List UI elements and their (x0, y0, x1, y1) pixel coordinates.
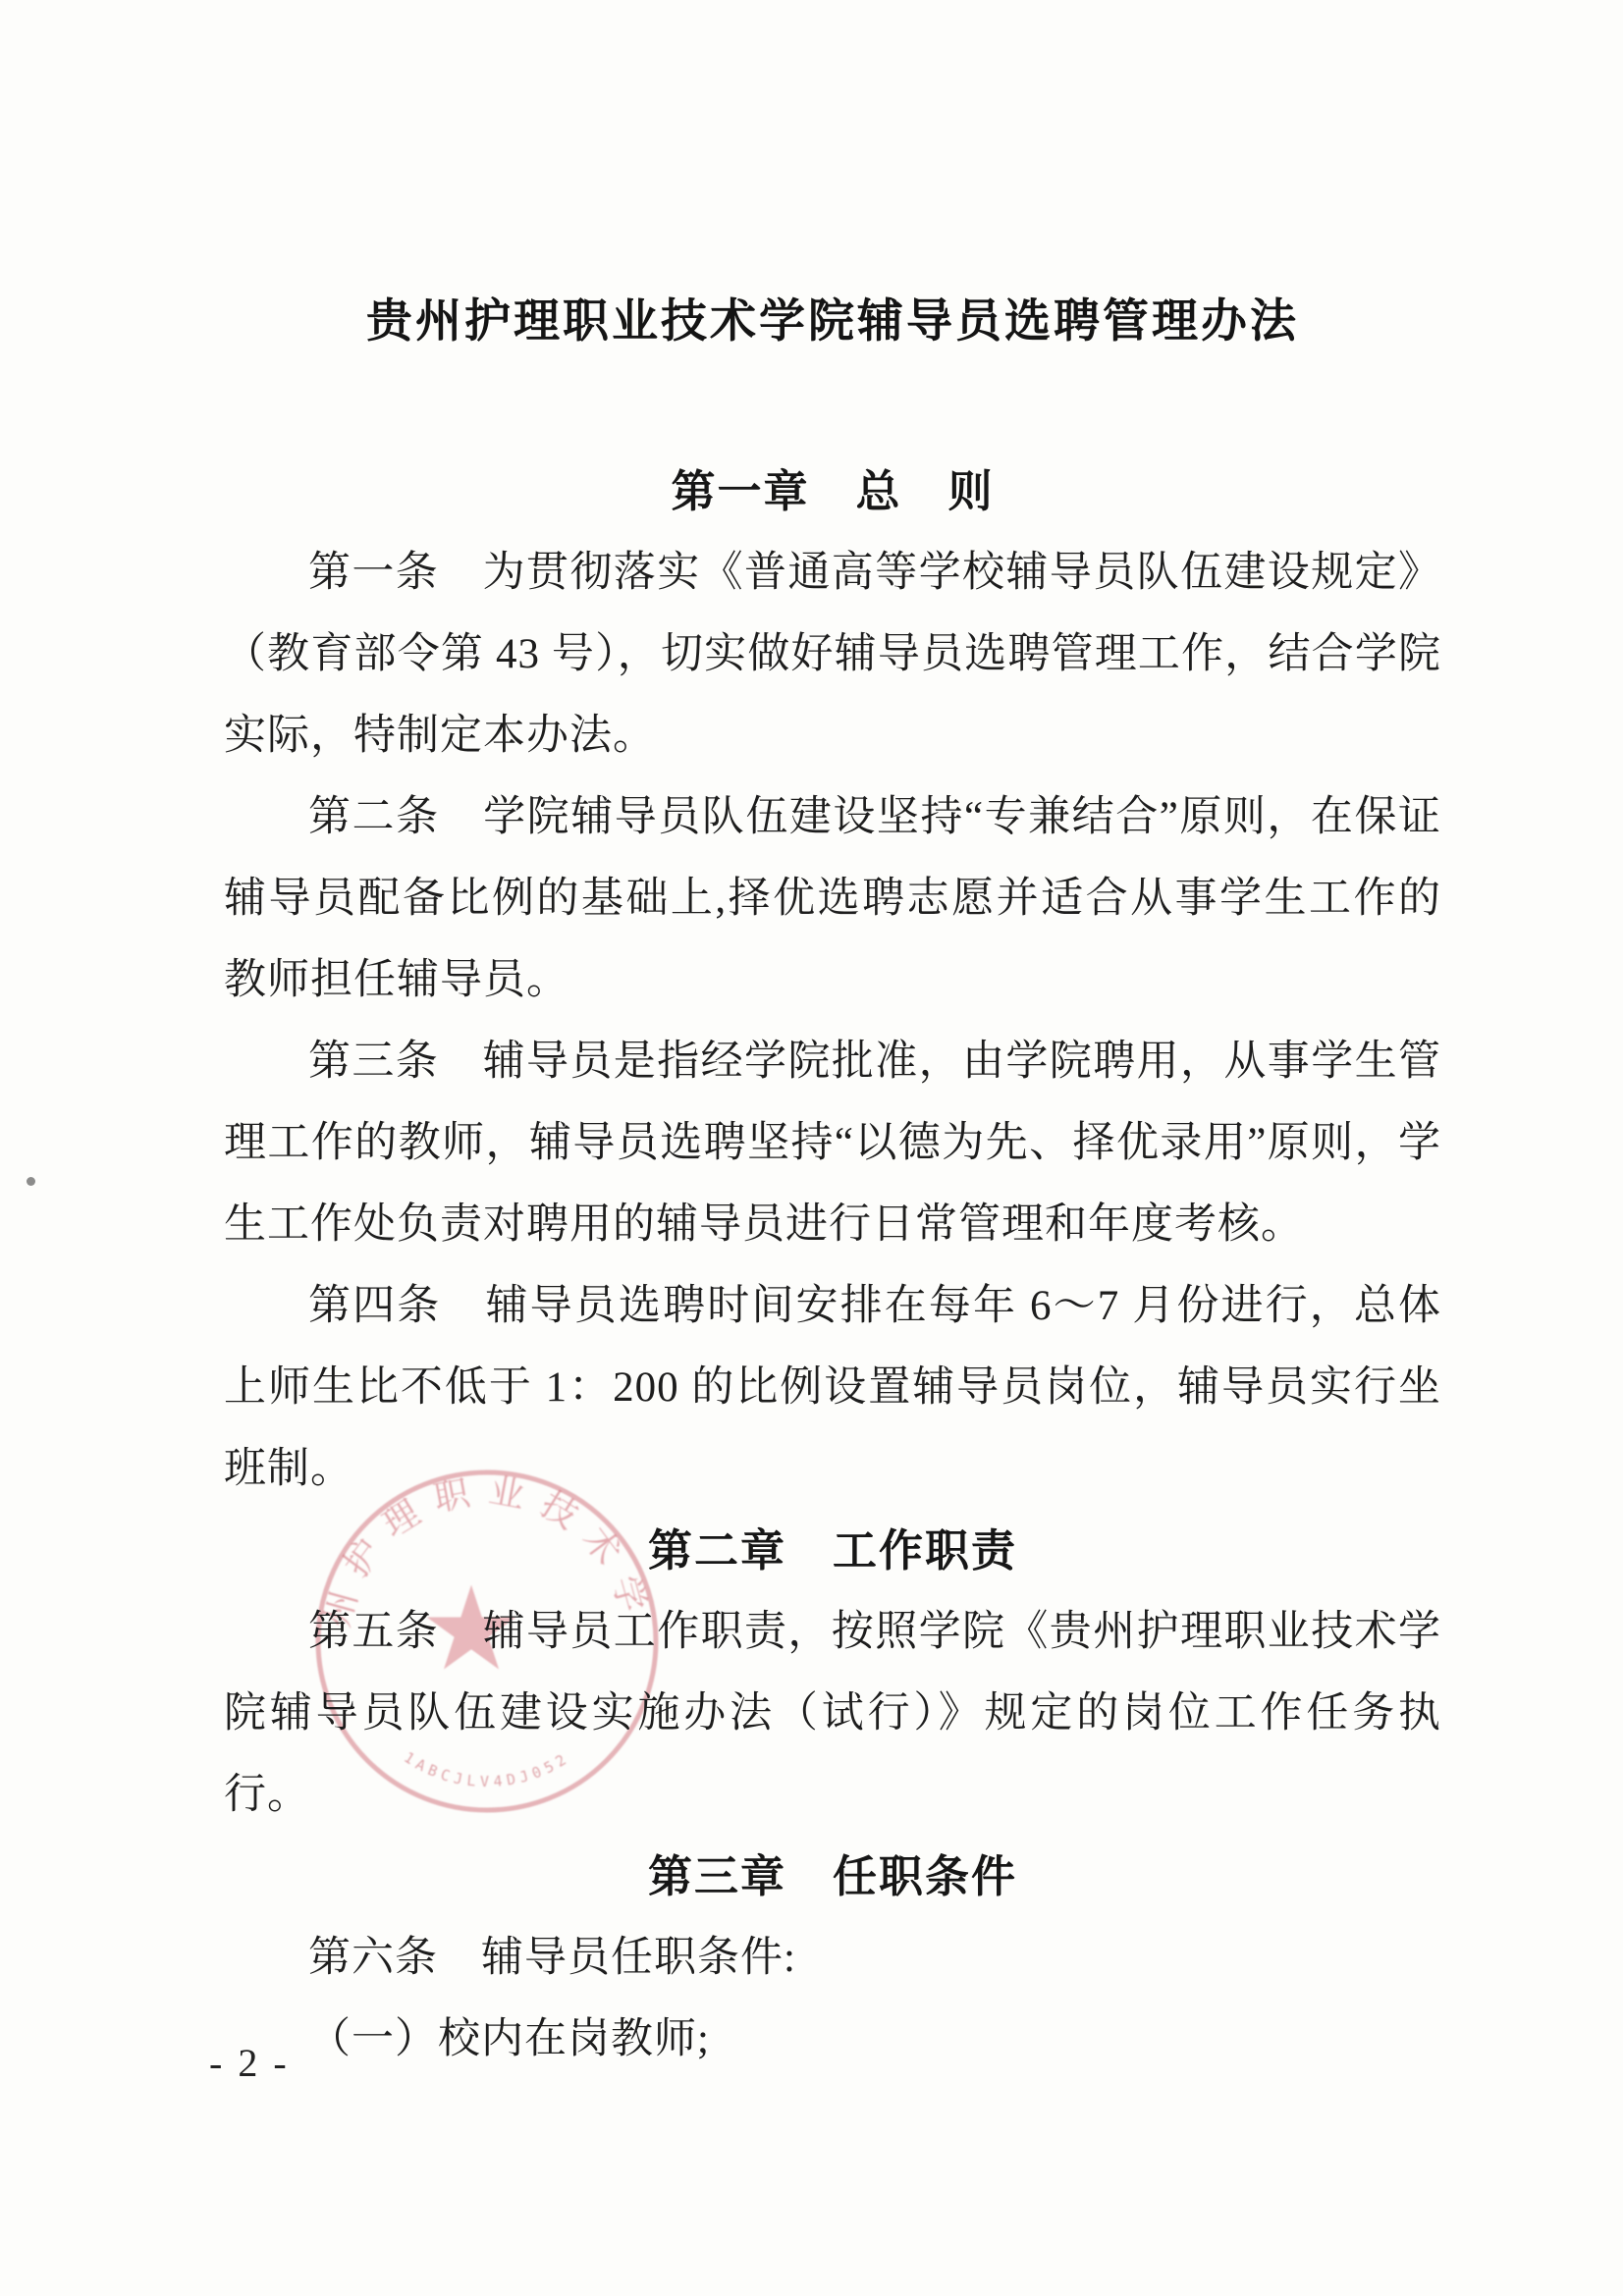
article-2: 第二条 学院辅导员队伍建设坚持“专兼结合”原则，在保证辅导员配备比例的基础上,择… (224, 776, 1441, 1021)
chapter-2-heading: 第二章 工作职责 (224, 1510, 1441, 1591)
article-1: 第一条 为贯彻落实《普通高等学校辅导员队伍建设规定》（教育部令第 43 号），切… (224, 532, 1441, 776)
article-3: 第三条 辅导员是指经学院批准，由学院聘用，从事学生管理工作的教师，辅导员选聘坚持… (224, 1021, 1441, 1265)
scan-speck (27, 1177, 35, 1186)
article-4: 第四条 辅导员选聘时间安排在每年 6～7 月份进行，总体上师生比不低于 1：20… (224, 1265, 1441, 1510)
document-title: 贵州护理职业技术学院辅导员选聘管理办法 (224, 292, 1441, 350)
scanned-document-page: 贵州护理职业技术学院 ★ 1ABCJLV4DJ052 贵州护理职业技术学院辅导员… (0, 0, 1623, 2296)
article-5: 第五条 辅导员工作职责，按照学院《贵州护理职业技术学院辅导员队伍建设实施办法（试… (224, 1591, 1441, 1836)
chapter-3-heading: 第三章 任职条件 (224, 1836, 1441, 1917)
article-6-item-1: （一）校内在岗教师; (224, 1999, 1441, 2080)
page-number: - 2 - (209, 2040, 290, 2086)
article-6: 第六条 辅导员任职条件: (224, 1917, 1441, 1999)
chapter-1-heading: 第一章 总 则 (224, 451, 1441, 532)
document-body: 贵州护理职业技术学院辅导员选聘管理办法 第一章 总 则 第一条 为贯彻落实《普通… (224, 0, 1441, 2080)
